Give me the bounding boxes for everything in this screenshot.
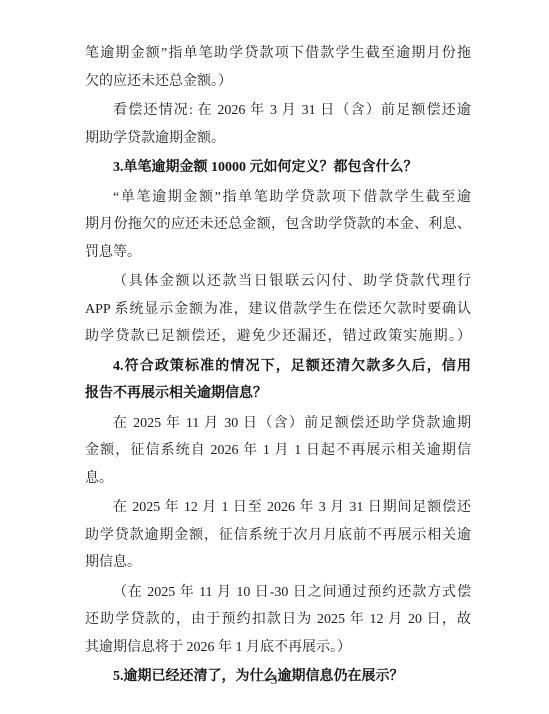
document-line: 助学贷款逾期金额，征信系统于次月月底前不再展示相关逾	[85, 522, 471, 550]
paragraph-note: （具体金额以还款当日银联云闪付、助学贷款代理行 APP 系统显示金额为准，建议借…	[85, 268, 471, 351]
document-line: 还助学贷款的，由于预约扣款日为 2025 年 12 月 20 日，故	[85, 606, 471, 634]
heading-line: 4.符合政策标准的情况下，足额还清欠款多久后，信用	[85, 353, 471, 381]
document-line: 息。	[85, 465, 471, 493]
document-page: 笔逾期金额”指单笔助学贷款项下借款学生截至逾期月份拖 欠的应还未还总金额。） 看…	[0, 0, 549, 714]
document-line: （具体金额以还款当日银联云闪付、助学贷款代理行	[85, 268, 471, 296]
document-text-block: 笔逾期金额”指单笔助学贷款项下借款学生截至逾期月份拖 欠的应还未还总金额。） 看…	[85, 40, 471, 691]
document-line: 金额，征信系统自 2026 年 1 月 1 日起不再展示相关逾期信	[85, 437, 471, 465]
document-line: “单笔逾期金额”指单笔助学贷款项下借款学生截至逾	[85, 184, 471, 212]
document-line: 期月份拖欠的应还未还总金额，包含助学贷款的本金、利息、	[85, 211, 471, 239]
paragraph: 在 2025 年 11 月 30 日（含）前足额偿还助学贷款逾期 金额，征信系统…	[85, 410, 471, 493]
document-line: 在 2025 年 11 月 30 日（含）前足额偿还助学贷款逾期	[85, 410, 471, 438]
document-line: 期助学贷款逾期金额。	[85, 125, 471, 153]
heading-line: 3.单笔逾期金额 10000 元如何定义？都包含什么？	[85, 154, 471, 182]
document-line: 助学贷款已足额偿还，避免少还漏还，错过政策实施期。）	[85, 323, 471, 351]
paragraph: 在 2025 年 12 月 1 日至 2026 年 3 月 31 日期间足额偿还…	[85, 494, 471, 577]
section-heading-4: 4.符合政策标准的情况下，足额还清欠款多久后，信用 报告不再展示相关逾期信息？	[85, 353, 471, 408]
document-line: 其逾期信息将于 2026 年 1 月底不再展示。）	[85, 634, 471, 662]
heading-line: 报告不再展示相关逾期信息？	[85, 380, 471, 408]
document-line: （在 2025 年 11 月 10 日-30 日之间通过预约还款方式偿	[85, 579, 471, 607]
paragraph-note: （在 2025 年 11 月 10 日-30 日之间通过预约还款方式偿 还助学贷…	[85, 579, 471, 662]
document-line: 笔逾期金额”指单笔助学贷款项下借款学生截至逾期月份拖	[85, 40, 471, 68]
document-line: 在 2025 年 12 月 1 日至 2026 年 3 月 31 日期间足额偿还	[85, 494, 471, 522]
paragraph: 笔逾期金额”指单笔助学贷款项下借款学生截至逾期月份拖 欠的应还未还总金额。）	[85, 40, 471, 95]
paragraph: “单笔逾期金额”指单笔助学贷款项下借款学生截至逾 期月份拖欠的应还未还总金额，包…	[85, 184, 471, 267]
document-line: 欠的应还未还总金额。）	[85, 68, 471, 96]
document-line: 期信息。	[85, 549, 471, 577]
document-line: APP 系统显示金额为准，建议借款学生在偿还欠款时要确认	[85, 296, 471, 324]
document-line: 罚息等。	[85, 239, 471, 267]
paragraph: 看偿还情况: 在 2026 年 3 月 31 日（含）前足额偿还逾 期助学贷款逾…	[85, 97, 471, 152]
section-heading-3: 3.单笔逾期金额 10000 元如何定义？都包含什么？	[85, 154, 471, 182]
document-line: 看偿还情况: 在 2026 年 3 月 31 日（含）前足额偿还逾	[85, 97, 471, 125]
page-number: —3—	[0, 672, 549, 688]
